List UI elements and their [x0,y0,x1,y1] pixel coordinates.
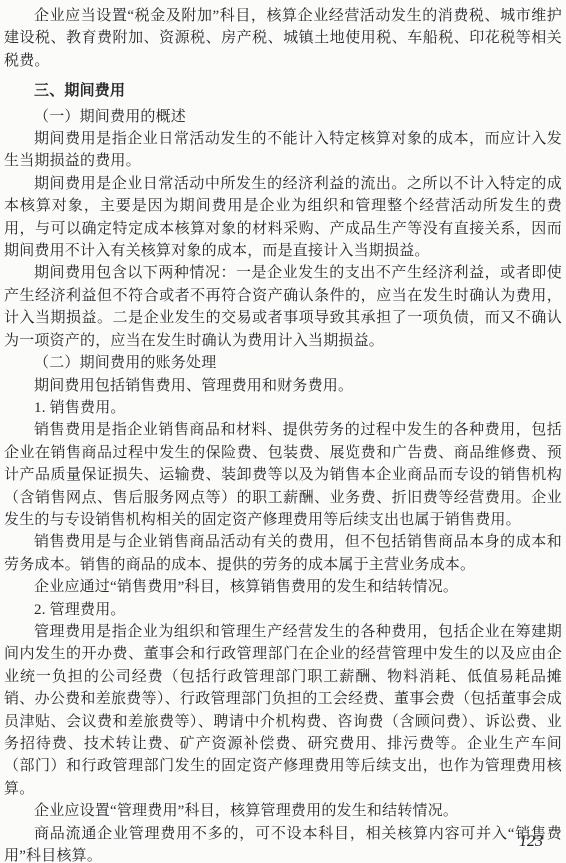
paragraph: 销售费用是指企业销售商品和材料、提供劳务的过程中发生的各种费用，包括企业在销售商… [4,419,562,531]
paragraph: 企业应当设置“税金及附加”科目，核算企业经营活动发生的消费税、城市维护建设税、教… [4,5,562,72]
paragraph: 管理费用是指企业为组织和管理生产经营发生的各种费用，包括企业在筹建期间内发生的开… [4,621,562,800]
paragraph: 期间费用是企业日常活动中所发生的经济利益的流出。之所以不计入特定的成本核算对象，… [4,173,562,263]
page-number: 123 [519,833,543,851]
paragraph: 企业应设置“管理费用”科目，核算管理费用的发生和结转情况。 [4,800,562,822]
paragraph: 商品流通企业管理费用不多的，可不设本科目，相关核算内容可并入“销售费用”科目核算… [4,823,562,863]
paragraph: 期间费用是指企业日常活动发生的不能计入特定核算对象的成本，而应计入发生当期损益的… [4,128,562,173]
section-heading: 三、期间费用 [4,80,562,102]
paragraph: 期间费用包括销售费用、管理费用和财务费用。 [4,375,562,397]
list-item-heading: 2. 管理费用。 [4,599,562,621]
paragraph: 企业应通过“销售费用”科目，核算销售费用的发生和结转情况。 [4,576,562,598]
subsection-heading: （二）期间费用的账务处理 [4,352,562,374]
list-item-heading: 1. 销售费用。 [4,397,562,419]
subsection-heading: （一）期间费用的概述 [4,106,562,128]
document-page: 企业应当设置“税金及附加”科目，核算企业经营活动发生的消费税、城市维护建设税、教… [0,0,566,863]
paragraph: 期间费用包含以下两种情况：一是企业发生的支出不产生经济利益，或者即使产生经济利益… [4,262,562,352]
paragraph: 销售费用是与企业销售商品活动有关的费用，但不包括销售商品本身的成本和劳务成本。销… [4,531,562,576]
